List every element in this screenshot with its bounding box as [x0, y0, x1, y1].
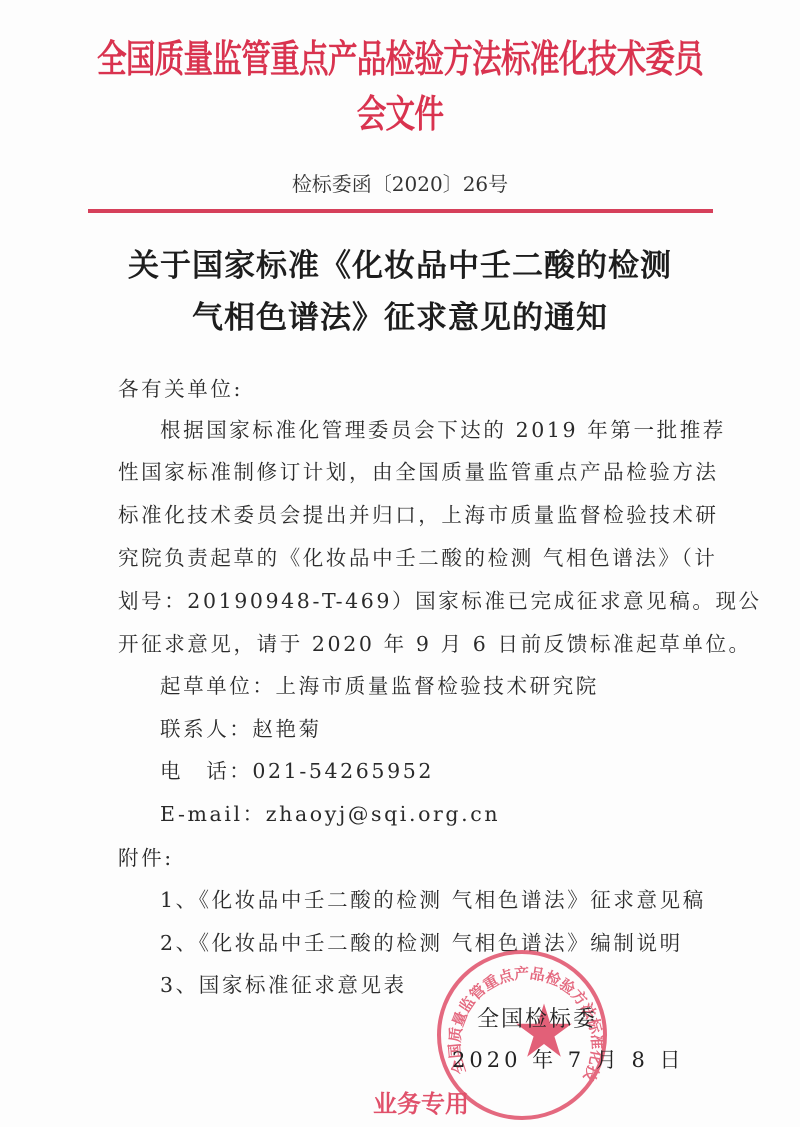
signing-organization: 全国检标委	[477, 1002, 597, 1033]
attachment-item: 1、《化妆品中壬二酸的检测 气相色谱法》征求意见稿	[160, 883, 706, 913]
salutation: 各有关单位:	[118, 372, 243, 402]
notice-title-line-1: 关于国家标准《化妆品中壬二酸的检测	[0, 240, 800, 285]
contact-email[interactable]: E-mail：zhaoyj@sqi.org.cn	[160, 797, 500, 827]
attachments-label: 附件:	[118, 841, 174, 871]
paragraph-line: 究院负责起草的《化妆品中壬二酸的检测 气相色谱法》（计	[118, 541, 717, 571]
drafting-unit: 起草单位：上海市质量监督检验技术研究院	[160, 669, 599, 699]
signing-date: 2020 年 7 月 8 日	[452, 1044, 685, 1074]
document-number: 检标委函〔2020〕26号	[0, 168, 800, 197]
issuer-header-title: 全国质量监管重点产品检验方法标准化技术委员会文件	[88, 28, 712, 138]
paragraph-line: 开征求意见，请于 2020 年 9 月 6 日前反馈标准起草单位。	[118, 627, 752, 657]
paragraph-line: 性国家标准制修订计划，由全国质量监管重点产品检验方法	[118, 455, 719, 485]
paragraph-line: 标准化技术委员会提出并归口，上海市质量监督检验技术研	[118, 498, 719, 528]
contact-phone: 电 话：021-54265952	[160, 754, 434, 784]
red-divider-rule	[88, 209, 713, 213]
attachment-item: 3、国家标准征求意见表	[160, 968, 407, 998]
paragraph-line: 划号：20190948-T-469）国家标准已完成征求意见稿。现公	[118, 584, 762, 614]
contact-person: 联系人：赵艳菊	[160, 712, 322, 742]
attachment-item: 2、《化妆品中壬二酸的检测 气相色谱法》编制说明	[160, 926, 683, 956]
notice-title-line-2: 气相色谱法》征求意见的通知	[0, 292, 800, 337]
seal-bottom-text: 业务专用	[0, 1084, 800, 1119]
paragraph-line: 根据国家标准化管理委员会下达的 2019 年第一批推荐	[160, 413, 726, 443]
